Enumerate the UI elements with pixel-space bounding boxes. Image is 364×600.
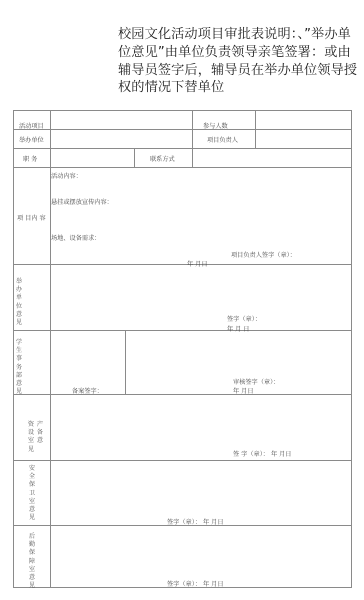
project-leader-field[interactable] bbox=[256, 130, 350, 148]
project-content-label: 项 目内 容 bbox=[17, 213, 46, 222]
contact-label: 联系方式 bbox=[150, 154, 175, 163]
activity-project-field[interactable] bbox=[51, 111, 191, 129]
table-border-right bbox=[351, 110, 352, 588]
activity-content-label: 活动内容： bbox=[51, 171, 82, 180]
project-leader-signature: 项目负责人签字（章）： bbox=[231, 250, 296, 259]
activity-project-label: 活动项目 bbox=[19, 121, 44, 130]
contact-field[interactable] bbox=[193, 149, 350, 167]
row-divider bbox=[13, 460, 351, 461]
approval-form-table: 活动项目 参与人数 举办单位 项目负责人 职 务 联系方式 项 目内 容 活动内… bbox=[0, 0, 364, 600]
review-signature: 审核签字（章）： bbox=[233, 377, 279, 386]
logistics-signature: 签字（章）： 年 月日 bbox=[167, 579, 224, 588]
row-divider bbox=[13, 167, 351, 168]
security-opinion-label: 安全保卫室意见 bbox=[28, 465, 36, 522]
assets-signature: 签 字（章）： 年 月日 bbox=[233, 449, 292, 458]
table-border-left bbox=[13, 110, 14, 588]
student-affairs-date: 年 月日 bbox=[233, 386, 254, 395]
label-column-divider bbox=[50, 110, 51, 588]
row-divider bbox=[13, 264, 351, 265]
venue-needs-label: 场地、设备需求： bbox=[51, 233, 101, 242]
organizer-date: 年 月 日 bbox=[227, 324, 250, 333]
organizer-label: 举办单位 bbox=[19, 135, 44, 144]
col-divider bbox=[134, 148, 135, 167]
row-divider bbox=[13, 330, 351, 331]
project-leader-label: 项目负责人 bbox=[207, 135, 238, 144]
publicity-content-label: 悬挂或摆放宣传内容： bbox=[51, 197, 113, 206]
position-label: 职 务 bbox=[23, 154, 37, 163]
security-signature: 签字（章）： 年 月日 bbox=[167, 517, 224, 526]
participant-count-field[interactable] bbox=[256, 111, 350, 129]
col-divider bbox=[125, 330, 126, 394]
organizer-opinion-label: 举办单位意见 bbox=[15, 278, 23, 327]
filing-signature: 备案签字： bbox=[72, 386, 103, 395]
organizer-field[interactable] bbox=[51, 130, 191, 148]
assets-opinion-label-col1: 资设室见 bbox=[27, 421, 35, 454]
logistics-opinion-label: 后勤保障室意见 bbox=[28, 533, 36, 590]
assets-opinion-label-col2: 产备意 bbox=[36, 421, 44, 446]
participant-count-label: 参与人数 bbox=[203, 121, 228, 130]
row-divider bbox=[13, 394, 351, 395]
position-field[interactable] bbox=[51, 149, 133, 167]
student-affairs-opinion-label: 学生事务部意见 bbox=[15, 339, 23, 396]
organizer-signature: 签字（章）： bbox=[227, 314, 261, 323]
project-content-date: 年 月日 bbox=[187, 259, 208, 268]
